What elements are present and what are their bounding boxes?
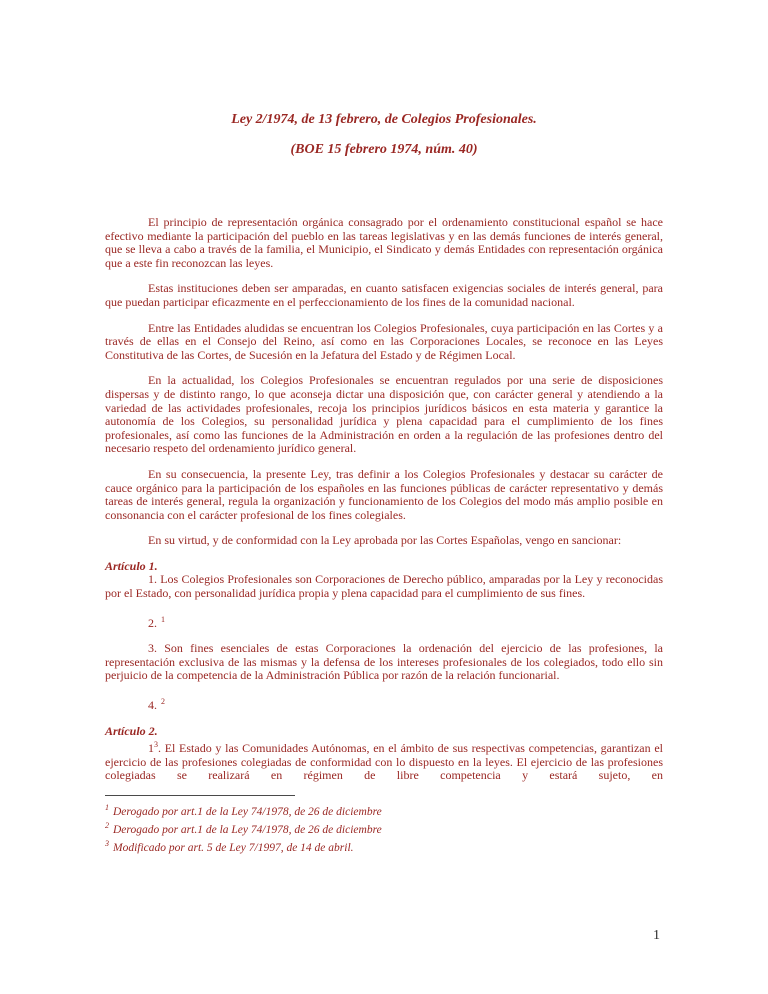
article-1-clause-2: 2.1	[105, 613, 663, 631]
intro-paragraph-1: El principio de representación orgánica …	[105, 216, 663, 270]
article-1-clause-1: 1. Los Colegios Profesionales son Corpor…	[105, 573, 663, 600]
footnote-reference-1: 1	[161, 615, 165, 624]
footnote-reference-2: 2	[161, 697, 165, 706]
article-2-heading: Artículo 2.	[105, 725, 663, 739]
document-subtitle: (BOE 15 febrero 1974, núm. 40)	[105, 142, 663, 158]
footnote-2-text: Derogado por art.1 de la Ley 74/1978, de…	[113, 824, 382, 836]
article-1-clause-3: 3. Son fines esenciales de estas Corpora…	[105, 642, 663, 683]
clause-number: 4.	[148, 698, 157, 712]
footnote-1-text: Derogado por art.1 de la Ley 74/1978, de…	[113, 806, 382, 818]
footnote-separator	[105, 795, 295, 796]
clause-number: 2.	[148, 616, 157, 630]
footnote-2-ref: 2	[105, 821, 109, 830]
footnote-2: 2Derogado por art.1 de la Ley 74/1978, d…	[105, 819, 663, 837]
intro-paragraph-6: En su virtud, y de conformidad con la Le…	[105, 534, 663, 548]
document-title: Ley 2/1974, de 13 febrero, de Colegios P…	[105, 112, 663, 128]
page-number: 1	[653, 928, 660, 944]
document-page: Ley 2/1974, de 13 febrero, de Colegios P…	[0, 0, 768, 994]
clause-text: . El Estado y las Comunidades Autónomas,…	[105, 741, 663, 782]
footnote-3: 3Modificado por art. 5 de Ley 7/1997, de…	[105, 837, 663, 855]
intro-paragraph-3: Entre las Entidades aludidas se encuentr…	[105, 322, 663, 363]
document-content: Ley 2/1974, de 13 febrero, de Colegios P…	[105, 112, 663, 856]
footnote-1-ref: 1	[105, 803, 109, 812]
article-2-clause-1: 13. El Estado y las Comunidades Autónoma…	[105, 738, 663, 783]
footnote-3-ref: 3	[105, 839, 109, 848]
intro-paragraph-4: En la actualidad, los Colegios Profesion…	[105, 374, 663, 456]
footnote-1: 1Derogado por art.1 de la Ley 74/1978, d…	[105, 801, 663, 819]
article-1-heading: Artículo 1.	[105, 560, 663, 574]
intro-paragraph-5: En su consecuencia, la presente Ley, tra…	[105, 468, 663, 522]
intro-paragraph-2: Estas instituciones deben ser amparadas,…	[105, 282, 663, 309]
article-1-clause-4: 4.2	[105, 695, 663, 713]
footnote-3-text: Modificado por art. 5 de Ley 7/1997, de …	[113, 842, 354, 854]
